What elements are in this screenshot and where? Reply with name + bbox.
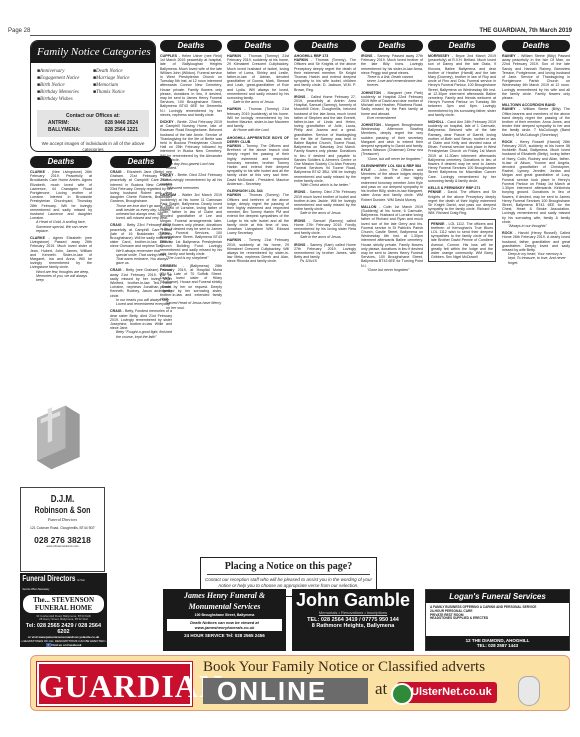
notice: CLARKE - Agnes Elizabeth (nee Livingston… <box>30 236 92 282</box>
office-phone: 028 9446 2624 <box>105 120 138 127</box>
category-item: Death Notice <box>93 68 149 75</box>
category-item: Thanks Notice <box>93 89 149 96</box>
notice: CLARKE - (Nee Livingstone) 26th February… <box>30 170 92 233</box>
djm-website[interactable]: www.robinsonsculcrum.com <box>21 545 104 548</box>
james-henry-tel: 24 HOUR SERVICE Tel: 028 2565 2456 <box>163 633 286 638</box>
category-list: Anniversary Death Notice Engagement Noti… <box>31 63 155 108</box>
category-item: Marriage Notice <box>93 75 149 82</box>
notice: GRIBBEN - (Ballymena) 28th February 2019… <box>160 264 222 310</box>
column-6: Deaths IRONS - Sammy. Passed away 27th F… <box>361 40 423 552</box>
notice: JOHNSTON - Margaret. Broughshane Wednesd… <box>361 123 423 161</box>
james-henry-ad[interactable]: James Henry Funeral & Monumental Service… <box>163 589 286 651</box>
family-notice-categories: Family Notice Categories Anniversary Dea… <box>30 40 156 152</box>
djm-robinson-ad[interactable]: D.J.M. Robinson & Son Funeral Directors … <box>20 487 105 572</box>
logans-funeral-ad[interactable]: Logan's Funeral Services A FAMILY BUSINE… <box>425 589 570 651</box>
john-gamble-ad[interactable]: John Gamble Memorials • Renovations • In… <box>292 589 414 651</box>
notice: IRONS - Called Home February 27, 2019, p… <box>294 95 356 187</box>
notice: GLENWHERRY LOL 684 & RBP 584KYLE - John.… <box>361 164 423 202</box>
stevenson-funeral-ad[interactable]: Funeral Directors At Your Service When N… <box>20 573 107 647</box>
james-henry-website[interactable]: Death Notices can now be viewed at www.j… <box>167 619 282 631</box>
facebook-icon: f <box>46 643 51 647</box>
category-item: Engagement Notice <box>37 75 93 82</box>
notice: GLENHUGH LOL 344HARKIN - Thomas (Tommy) … <box>227 189 289 235</box>
notice: DICKEY - Bertie. 22nd February 2019 at C… <box>160 120 222 170</box>
djm-phone: 028 276 38218 <box>21 535 104 545</box>
office-name: ANTRIM: <box>48 120 69 127</box>
notice: GRAHAM - Walter 3rd March 2019 (suddenly… <box>160 193 222 260</box>
notice: MILLTOWN ACCORDION BANDRAINEY - William … <box>502 103 570 137</box>
column-3: Deaths CUPPLES - Helen Usher (nee Reid) … <box>160 40 222 585</box>
contact-heading: Contact our Offices at: <box>40 113 146 120</box>
section-heading: Deaths <box>30 156 92 168</box>
banner-headline: Book Your Family Notice or Classified ad… <box>203 659 485 676</box>
notice-boxed: PENNIE - LOL 1112. The officers and bret… <box>428 219 496 263</box>
notice: DICKEY - Bertie. Died 22nd February 2019… <box>160 173 222 190</box>
section-heading: Deaths <box>428 40 496 52</box>
online-label: ONLINE <box>203 678 368 704</box>
office-contacts: Contact our Offices at: ANTRIM:028 9446 … <box>37 110 149 137</box>
section-heading: Deaths <box>361 40 423 52</box>
notice: HARKIN - Thomas (Tommy) 21st february 20… <box>227 107 289 132</box>
category-item: Birthday Memories <box>37 89 93 96</box>
logans-services: A FAMILY BUSINESS OFFERING A CARING AND … <box>426 603 569 624</box>
notice: NICHOLL - Carol Ann 24th February 2019 s… <box>428 120 496 183</box>
placing-title: Placing a Notice on this page? <box>207 558 370 575</box>
notice: AHOGHILL RBP 173HARKIN - Thomas (Tommy).… <box>294 54 356 92</box>
categories-title: Family Notice Categories <box>31 41 155 63</box>
notice: IRONS - Sammy. Died 27th February 2019 m… <box>294 190 356 215</box>
column-8: Deaths RAINEY - William Steele (Billy) P… <box>502 40 570 552</box>
notice: MORRISSEY - Bryce 2nd March 2019 (peacef… <box>428 54 496 117</box>
notice: RAINEY - William Steele (Billy) Passed a… <box>502 54 570 100</box>
images-note: We accept images of individuals in all o… <box>31 139 155 152</box>
notice: IRONS - Samuel (Sammy) called Home 27th … <box>294 219 356 240</box>
notice: AHOGHILL APPRENTICE BOYS OF DERRY CLUBHA… <box>227 136 289 186</box>
placing-body: Contact our reception staff who will be … <box>201 575 376 589</box>
category-item: Memoriam <box>93 82 149 89</box>
notice: JOHNSTON - Margaret (nee Park) suddenly … <box>361 91 423 120</box>
facebook-link[interactable]: f Find us on Facebook <box>20 643 107 647</box>
notice: ROCK - Henry Russell (Harold) 26th Febru… <box>502 140 570 228</box>
guardian-online-banner[interactable]: GUARDIAN Book Your Family Notice or Clas… <box>30 655 570 711</box>
column-7: Deaths MORRISSEY - Bryce 2nd March 2019 … <box>428 40 496 552</box>
section-heading: Deaths <box>294 40 356 52</box>
header-rule <box>30 35 570 36</box>
notice: ROCK - Harold (Henry Russell). Called Ho… <box>502 231 570 265</box>
notice: HARKIN - Thomas (Tommy) 21st February 20… <box>227 54 289 104</box>
guardian-logo: GUARDIAN <box>37 662 192 706</box>
ulsternet-logo[interactable]: UlsterNet.co.uk <box>397 682 497 703</box>
notice: KELLS & FERNISKEY RBP 271PENNIE - David.… <box>428 186 496 215</box>
office-phone: 028 2564 1221 <box>105 127 138 134</box>
bible-cross-icon <box>30 400 85 475</box>
section-heading: Deaths <box>502 40 570 52</box>
category-item: Birth Notice <box>37 82 93 89</box>
column-5: Deaths AHOGHILL RBP 173HARKIN - Thomas (… <box>294 40 356 552</box>
office-name: BALLYMENA: <box>48 127 81 134</box>
notice: IRONS - Sammy (Sam) called Home 27th Feb… <box>294 243 356 264</box>
notice: IRONS - Sammy. Passed away 27th February… <box>361 54 423 88</box>
section-heading: Deaths <box>227 40 289 52</box>
notice: HARKIN - Tommy, 21st February 2019, sudd… <box>227 238 289 263</box>
category-item: Birthday Wishes <box>37 96 93 103</box>
masthead-date: THE GUARDIAN, 7th March 2019 <box>479 28 572 34</box>
category-item: Anniversary <box>37 68 93 75</box>
page-number: Page 28 <box>8 28 30 34</box>
section-heading: Deaths <box>160 40 222 52</box>
stevenson-tel: Tel: 028 2565 2429 / 028 2564 6202 <box>20 623 107 635</box>
computer-mouse-icon <box>518 676 540 706</box>
notice: MALLON - Colin 1st March 2019 (Suddenly)… <box>361 205 423 272</box>
notice: CUPPLES - Helen Usher (nee Reid) 1st Mar… <box>160 54 222 117</box>
column-4: Deaths HARKIN - Thomas (Tommy) 21st Febr… <box>227 40 289 552</box>
